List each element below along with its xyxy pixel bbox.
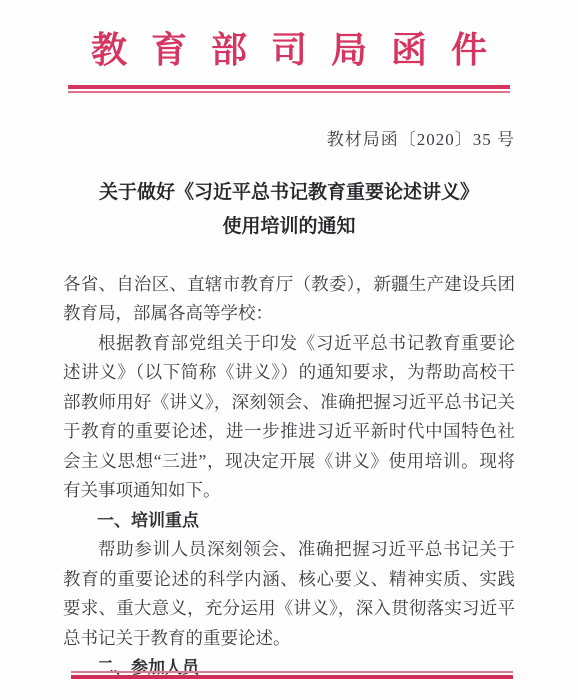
section-1-heading: 一、培训重点 <box>63 506 515 536</box>
letterhead-divider-thick-line <box>68 85 510 89</box>
official-document-page: 教育部司局函件 教材局函〔2020〕35 号 关于做好《习近平总书记教育重要论述… <box>0 0 578 700</box>
document-body: 各省、自治区、直辖市教育厅（教委），新疆生产建设兵团教育局，部属各高等学校： 根… <box>63 270 515 683</box>
document-number: 教材局函〔2020〕35 号 <box>63 125 515 150</box>
salutation-paragraph: 各省、自治区、直辖市教育厅（教委），新疆生产建设兵团教育局，部属各高等学校： <box>63 270 515 329</box>
page-footer-divider <box>71 671 513 679</box>
footer-divider-thin-line <box>71 671 513 673</box>
document-title-line-2: 使用培训的通知 <box>0 210 578 244</box>
footer-divider-thick-line <box>71 675 513 679</box>
letterhead-divider <box>68 85 510 93</box>
document-title-line-1: 关于做好《习近平总书记教育重要论述讲义》 <box>0 176 578 210</box>
letterhead-divider-thin-line <box>68 91 510 93</box>
document-title: 关于做好《习近平总书记教育重要论述讲义》 使用培训的通知 <box>0 176 578 244</box>
letterhead-title: 教育部司局函件 <box>0 0 578 73</box>
section-1-body: 帮助参训人员深刻领会、准确把握习近平总书记关于教育的重要论述的科学内涵、核心要义… <box>63 535 515 653</box>
intro-paragraph: 根据教育部党组关于印发《习近平总书记教育重要论述讲义》（以下简称《讲义》）的通知… <box>63 329 515 506</box>
